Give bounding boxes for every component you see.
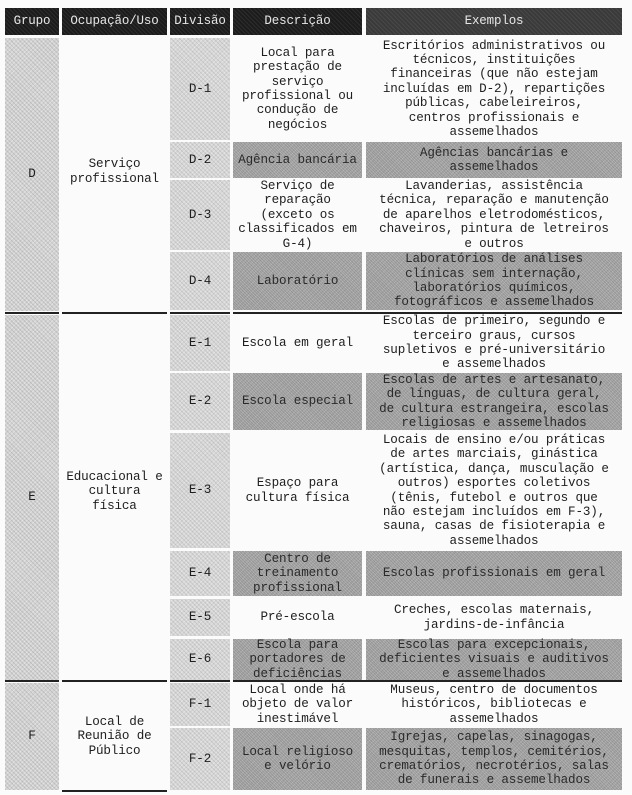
examples-cell: Creches, escolas maternais, jardins-de-i…: [366, 599, 622, 636]
division-cell: E-1: [170, 315, 230, 371]
group-cell: D: [5, 38, 59, 311]
occupation-label: Serviço profissional: [70, 157, 159, 186]
description-cell: Laboratório: [233, 252, 362, 310]
header-descricao: Descrição: [233, 8, 362, 35]
group-cell: E: [5, 315, 59, 680]
examples-cell: Escolas profissionais em geral: [366, 551, 622, 596]
examples-cell: Museus, centro de documentos históricos,…: [366, 683, 622, 726]
description-cell: Local religioso e velório: [233, 728, 362, 790]
occupation-label: Local de Reunião de Público: [77, 715, 151, 758]
group-separator: [62, 790, 167, 792]
description-cell: Serviço de reparação (exceto os classifi…: [233, 180, 362, 250]
group-separator: [62, 680, 167, 682]
header-divisao: Divisão: [170, 8, 230, 35]
division-cell: D-3: [170, 180, 230, 250]
division-cell: E-6: [170, 639, 230, 680]
examples-cell: Escritórios administrativos ou técnicos,…: [366, 38, 622, 140]
examples-cell: Escolas de artes e artesanato, de língua…: [366, 373, 622, 430]
examples-cell: Igrejas, capelas, sinagogas, mesquitas, …: [366, 728, 622, 790]
examples-cell: Agências bancárias e assemelhados: [366, 142, 622, 178]
group-separator: [5, 312, 59, 314]
group-separator: [5, 680, 59, 682]
description-cell: Pré-escola: [233, 599, 362, 636]
occupation-label: Educacional e cultura física: [66, 470, 162, 513]
description-cell: Escola especial: [233, 373, 362, 430]
division-cell: D-1: [170, 38, 230, 140]
division-cell: D-2: [170, 142, 230, 178]
description-cell: Centro de treinamento profissional: [233, 551, 362, 596]
description-cell: Agência bancária: [233, 142, 362, 178]
header-exemplos: Exemplos: [366, 8, 622, 35]
division-cell: E-4: [170, 551, 230, 596]
division-cell: E-2: [170, 373, 230, 430]
occupation-cell: Serviço profissional: [62, 38, 167, 311]
examples-cell: Lavanderias, assistência técnica, repara…: [366, 180, 622, 250]
examples-cell: Escolas de primeiro, segundo e terceiro …: [366, 315, 622, 371]
description-cell: Local para prestação de serviço profissi…: [233, 38, 362, 140]
group-cell: F: [5, 683, 59, 790]
description-cell: Espaço para cultura física: [233, 433, 362, 548]
description-cell: Escola em geral: [233, 315, 362, 371]
division-cell: F-2: [170, 728, 230, 790]
group-separator: [170, 680, 230, 682]
examples-cell: Laboratórios de análises clínicas sem in…: [366, 252, 622, 310]
examples-cell: Locais de ensino e/ou práticas de artes …: [366, 433, 622, 548]
occupation-cell: Local de Reunião de Público: [62, 683, 167, 790]
division-cell: D-4: [170, 252, 230, 310]
examples-cell: Escolas para excepcionais, deficientes v…: [366, 639, 622, 680]
description-cell: Local onde há objeto de valor inestimáve…: [233, 683, 362, 726]
division-cell: F-1: [170, 683, 230, 726]
division-cell: E-5: [170, 599, 230, 636]
description-cell: Escola para portadores de deficiências: [233, 639, 362, 680]
occupation-cell: Educacional e cultura física: [62, 315, 167, 680]
group-separator: [62, 312, 167, 314]
header-grupo: Grupo: [5, 8, 59, 35]
group-separator: [170, 312, 230, 314]
header-ocupacao: Ocupação/Uso: [62, 8, 167, 35]
division-cell: E-3: [170, 433, 230, 548]
